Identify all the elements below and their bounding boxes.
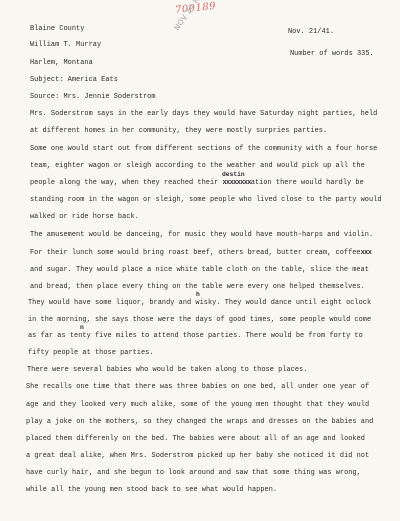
body-line: as far as tenty five miles to attend tho…: [28, 333, 363, 340]
header-author: William T. Murray: [30, 42, 101, 49]
body-line: and sugar. They would place a nice white…: [30, 267, 369, 274]
body-line: in the morning, she says those were the …: [28, 317, 371, 324]
body-line-coffee: For their lunch some would bring roast b…: [30, 250, 371, 257]
header-place: Harlem, Montana: [30, 60, 93, 67]
body-line: a great deal alike, when Mrs. Soderstrom…: [26, 453, 369, 460]
body-line: She recalls one time that there was thre…: [26, 384, 369, 391]
body-line: age and they looked very much alike, som…: [26, 402, 369, 409]
body-line: standing room in the wagon or sleigh, so…: [30, 197, 382, 204]
body-line: fifty people at those parties.: [28, 350, 154, 357]
handwritten-insertion-n: n: [80, 325, 84, 331]
body-line: There were several babies who would be t…: [27, 367, 307, 374]
struck-out-text: xxxxxxxx: [223, 179, 251, 187]
handwritten-insertion-destin: destin: [222, 172, 245, 178]
body-line: placed them differenly on the bed. The b…: [26, 436, 365, 443]
body-text: people along the way, when they reached …: [30, 179, 223, 187]
body-line: The amusement would be danceing, for mus…: [30, 232, 373, 239]
header-subject: Subject: America Eats: [30, 77, 118, 84]
body-line: Mrs. Soderstrom says in the early days t…: [30, 111, 377, 118]
body-line: play a joke on the mothers, so they chan…: [26, 419, 373, 426]
header-county: Blaine County: [30, 26, 84, 33]
handwritten-insertion-h: h: [196, 292, 200, 298]
body-line: and bread, then place every thing on the…: [30, 284, 365, 291]
body-text: For their lunch some would bring roast b…: [30, 249, 361, 257]
body-line: team, eighter wagon or sleigh according …: [30, 163, 365, 170]
body-line: while all the young men stood back to se…: [26, 487, 277, 494]
body-line: Some one would start out from different …: [30, 146, 377, 153]
body-text: ation there would hardly be: [251, 179, 364, 187]
body-line-destination: people along the way, when they reached …: [30, 180, 364, 187]
header-date: Nov. 21/41.: [288, 29, 334, 36]
header-source: Source: Mrs. Jennie Soderstrom: [30, 94, 156, 101]
header-word-count: Number of words 335.: [290, 51, 374, 58]
body-line: at different homes in her community, the…: [30, 128, 327, 135]
struck-out-text: xxx: [361, 249, 372, 257]
body-line: walked or ride horse back.: [30, 214, 139, 221]
typed-document-page: 700189 NOV 24 REC'D Blaine County Willia…: [0, 0, 400, 521]
body-line: They would have some liquor, brandy and …: [28, 300, 371, 307]
body-line: have curly hair, and she begun to look a…: [26, 470, 361, 477]
